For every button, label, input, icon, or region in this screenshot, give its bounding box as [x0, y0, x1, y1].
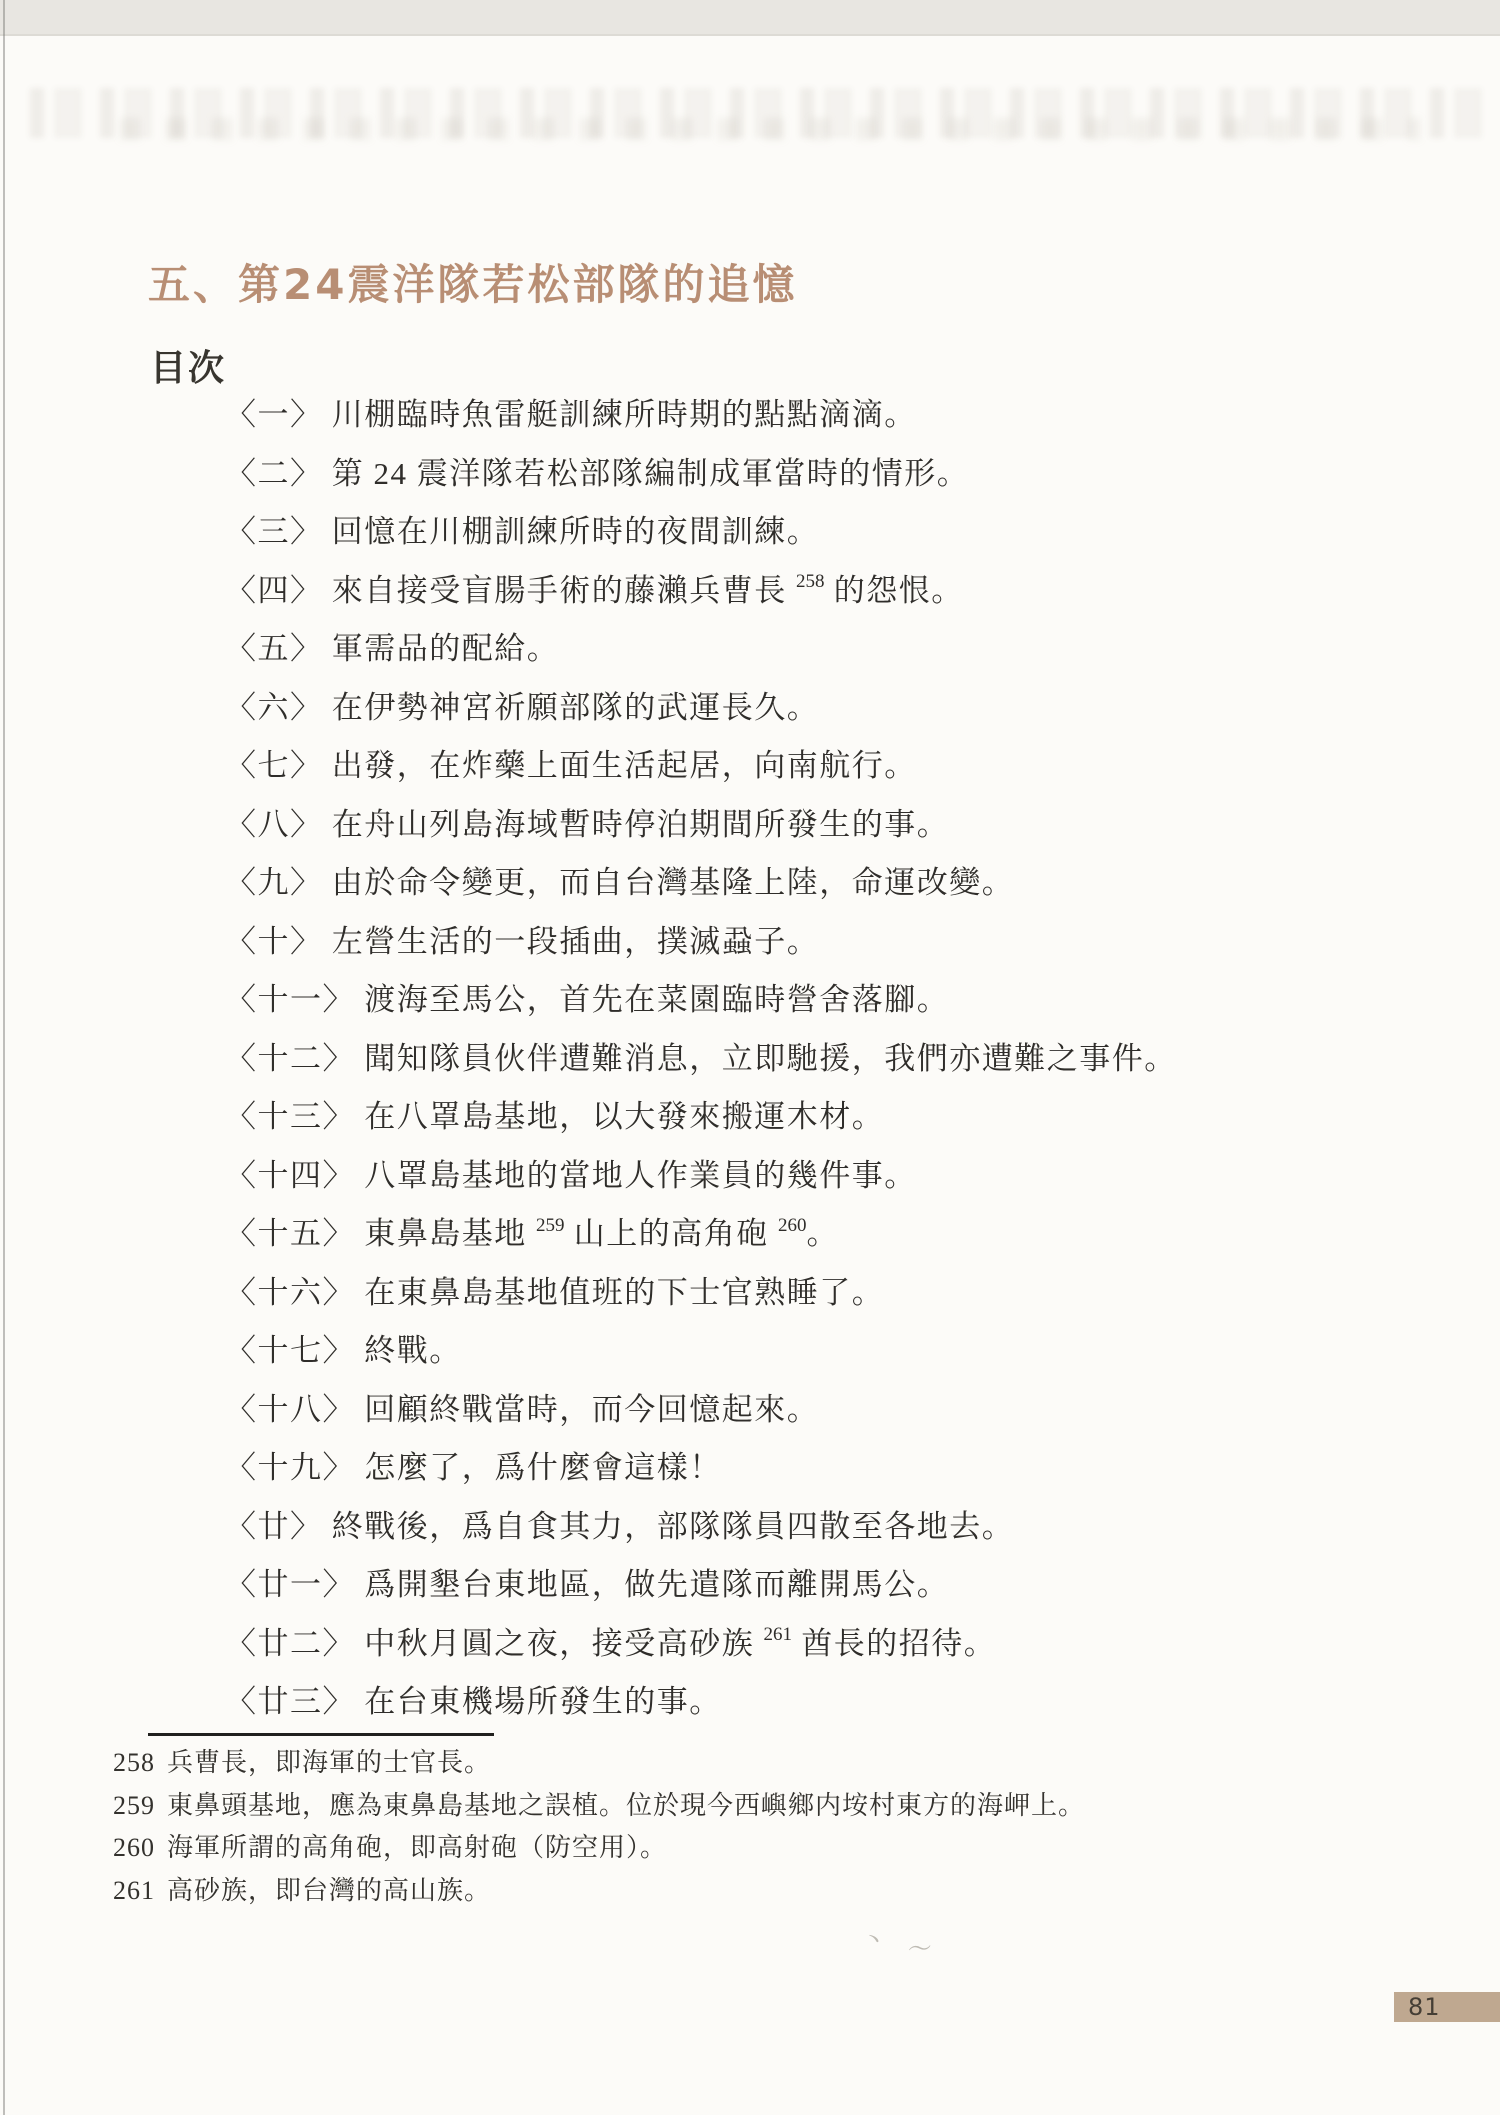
toc-item-text: 〈十一〉 渡海至馬公，首先在菜園臨時營舍落腳。: [225, 982, 949, 1017]
toc-item-text: 〈十八〉 回顧終戰當時，而今回憶起來。: [225, 1392, 819, 1427]
footnote-number: 261: [113, 1876, 155, 1905]
footnote-text: 高砂族，即台灣的高山族。: [167, 1876, 491, 1905]
footnote-number: 260: [113, 1833, 155, 1862]
toc-item-text: 〈四〉 來自接受盲腸手術的藤瀨兵曹長: [225, 573, 796, 608]
toc-item: 〈十二〉 聞知隊員伙伴遭難消息，立即馳援，我們亦遭難之事件。: [225, 1030, 1445, 1089]
toc-item-text: 〈廿〉 終戰後，爲自食其力，部隊隊員四散至各地去。: [225, 1509, 1014, 1544]
toc-item-text: 〈十四〉 八罩島基地的當地人作業員的幾件事。: [225, 1158, 917, 1193]
toc-item-text: 酋長的招待。: [792, 1626, 996, 1661]
chapter-title: 五、第24震洋隊若松部隊的追憶: [148, 252, 797, 312]
toc-item-text: 〈廿二〉 中秋月圓之夜，接受高砂族: [225, 1626, 764, 1661]
footnote-divider: [148, 1733, 494, 1736]
toc-item-text: 〈十五〉 東鼻島基地: [225, 1216, 536, 1251]
toc-item: 〈十〉 左營生活的一段插曲，撲滅蝨子。: [225, 913, 1445, 972]
toc-item: 〈八〉 在舟山列島海域暫時停泊期間所發生的事。: [225, 796, 1445, 855]
toc-item: 〈十五〉 東鼻島基地 259 山上的高角砲 260。: [225, 1205, 1445, 1264]
toc-item: 〈二〉 第 24 震洋隊若松部隊編制成軍當時的情形。: [225, 445, 1445, 504]
scan-edge-left-line: [3, 0, 5, 2115]
pencil-smudge: ヽ: [859, 1925, 888, 1954]
toc-item-text: 〈廿三〉 在台東機場所發生的事。: [225, 1684, 722, 1719]
toc-item-text: 〈十三〉 在八罩島基地，以大發來搬運木材。: [225, 1099, 884, 1134]
toc-item: 〈九〉 由於命令變更，而自台灣基隆上陸，命運改變。: [225, 854, 1445, 913]
footnote-text: 東鼻頭基地，應為東鼻島基地之誤植。位於現今西嶼鄉内垵村東方的海岬上。: [167, 1791, 1085, 1820]
scanned-book-page: 五、第24震洋隊若松部隊的追憶 目次 〈一〉 川棚臨時魚雷艇訓練所時期的點點滴滴…: [0, 0, 1500, 2115]
toc-item: 〈十九〉 怎麼了，爲什麼會這樣！: [225, 1439, 1445, 1498]
toc-item: 〈廿二〉 中秋月圓之夜，接受高砂族 261 酋長的招待。: [225, 1615, 1445, 1674]
footnote: 261高砂族，即台灣的高山族。: [113, 1870, 1453, 1913]
footnote-text: 海軍所謂的高角砲，即高射砲（防空用）。: [167, 1833, 667, 1862]
footnote-reference: 259: [536, 1215, 565, 1236]
toc-item-text: 〈十七〉 終戰。: [225, 1333, 462, 1368]
toc-item-text: 〈十〉 左營生活的一段插曲，撲滅蝨子。: [225, 924, 819, 959]
footnote: 260海軍所謂的高角砲，即高射砲（防空用）。: [113, 1827, 1453, 1870]
toc-item: 〈四〉 來自接受盲腸手術的藤瀨兵曹長 258 的怨恨。: [225, 562, 1445, 621]
toc-item-text: 〈七〉 出發，在炸藥上面生活起居，向南航行。: [225, 748, 917, 783]
toc-item: 〈十八〉 回顧終戰當時，而今回憶起來。: [225, 1381, 1445, 1440]
toc-item: 〈三〉 回憶在川棚訓練所時的夜間訓練。: [225, 503, 1445, 562]
toc-item: 〈七〉 出發，在炸藥上面生活起居，向南航行。: [225, 737, 1445, 796]
ink-bleedthrough-band-2: [120, 118, 1420, 140]
toc-item-text: 〈六〉 在伊勢神宮祈願部隊的武運長久。: [225, 690, 819, 725]
toc-item: 〈十三〉 在八罩島基地，以大發來搬運木材。: [225, 1088, 1445, 1147]
footnote-list: 258兵曹長，即海軍的士官長。259東鼻頭基地，應為東鼻島基地之誤植。位於現今西…: [113, 1742, 1453, 1912]
toc-item: 〈一〉 川棚臨時魚雷艇訓練所時期的點點滴滴。: [225, 386, 1445, 445]
toc-item: 〈十四〉 八罩島基地的當地人作業員的幾件事。: [225, 1147, 1445, 1206]
toc-item-text: 〈十六〉 在東鼻島基地值班的下士官熟睡了。: [225, 1275, 884, 1310]
footnote-number: 259: [113, 1791, 155, 1820]
toc-item: 〈六〉 在伊勢神宮祈願部隊的武運長久。: [225, 679, 1445, 738]
toc-item-text: 〈二〉 第 24 震洋隊若松部隊編制成軍當時的情形。: [225, 456, 969, 491]
toc-item: 〈廿三〉 在台東機場所發生的事。: [225, 1673, 1445, 1732]
toc-item: 〈五〉 軍需品的配給。: [225, 620, 1445, 679]
footnote: 259東鼻頭基地，應為東鼻島基地之誤植。位於現今西嶼鄉内垵村東方的海岬上。: [113, 1785, 1453, 1828]
footnote-reference: 261: [764, 1624, 793, 1645]
toc-item: 〈十六〉 在東鼻島基地值班的下士官熟睡了。: [225, 1264, 1445, 1323]
page-number: 81: [1394, 1993, 1441, 2021]
toc-heading: 目次: [150, 340, 226, 391]
footnote-number: 258: [113, 1748, 155, 1777]
toc-item-text: 〈三〉 回憶在川棚訓練所時的夜間訓練。: [225, 514, 819, 549]
toc-item-text: 〈廿一〉 爲開墾台東地區，做先遣隊而離開馬公。: [225, 1567, 949, 1602]
scan-edge-top-band: [0, 0, 1500, 36]
toc-item-text: 〈十九〉 怎麼了，爲什麼會這樣！: [225, 1450, 722, 1485]
footnote-reference: 260: [778, 1215, 807, 1236]
toc-item-text: 〈八〉 在舟山列島海域暫時停泊期間所發生的事。: [225, 807, 949, 842]
toc-item: 〈廿〉 終戰後，爲自食其力，部隊隊員四散至各地去。: [225, 1498, 1445, 1557]
toc-list: 〈一〉 川棚臨時魚雷艇訓練所時期的點點滴滴。〈二〉 第 24 震洋隊若松部隊編制…: [225, 386, 1445, 1732]
toc-item-text: 〈五〉 軍需品的配給。: [225, 631, 559, 666]
toc-item: 〈十一〉 渡海至馬公，首先在菜園臨時營舍落腳。: [225, 971, 1445, 1030]
toc-item-text: 〈十二〉 聞知隊員伙伴遭難消息，立即馳援，我們亦遭難之事件。: [225, 1041, 1177, 1076]
pencil-smudge: ～: [907, 1937, 931, 1963]
toc-item: 〈廿一〉 爲開墾台東地區，做先遣隊而離開馬公。: [225, 1556, 1445, 1615]
footnote-reference: 258: [796, 571, 825, 592]
toc-item-text: 的怨恨。: [825, 573, 964, 608]
toc-item: 〈十七〉 終戰。: [225, 1322, 1445, 1381]
page-number-badge: 81: [1394, 1992, 1500, 2022]
footnote: 258兵曹長，即海軍的士官長。: [113, 1742, 1453, 1785]
toc-item-text: 〈九〉 由於命令變更，而自台灣基隆上陸，命運改變。: [225, 865, 1014, 900]
footnote-text: 兵曹長，即海軍的士官長。: [167, 1748, 491, 1777]
toc-item-text: 山上的高角砲: [565, 1216, 779, 1251]
toc-item-text: 。: [807, 1216, 840, 1251]
toc-item-text: 〈一〉 川棚臨時魚雷艇訓練所時期的點點滴滴。: [225, 397, 917, 432]
